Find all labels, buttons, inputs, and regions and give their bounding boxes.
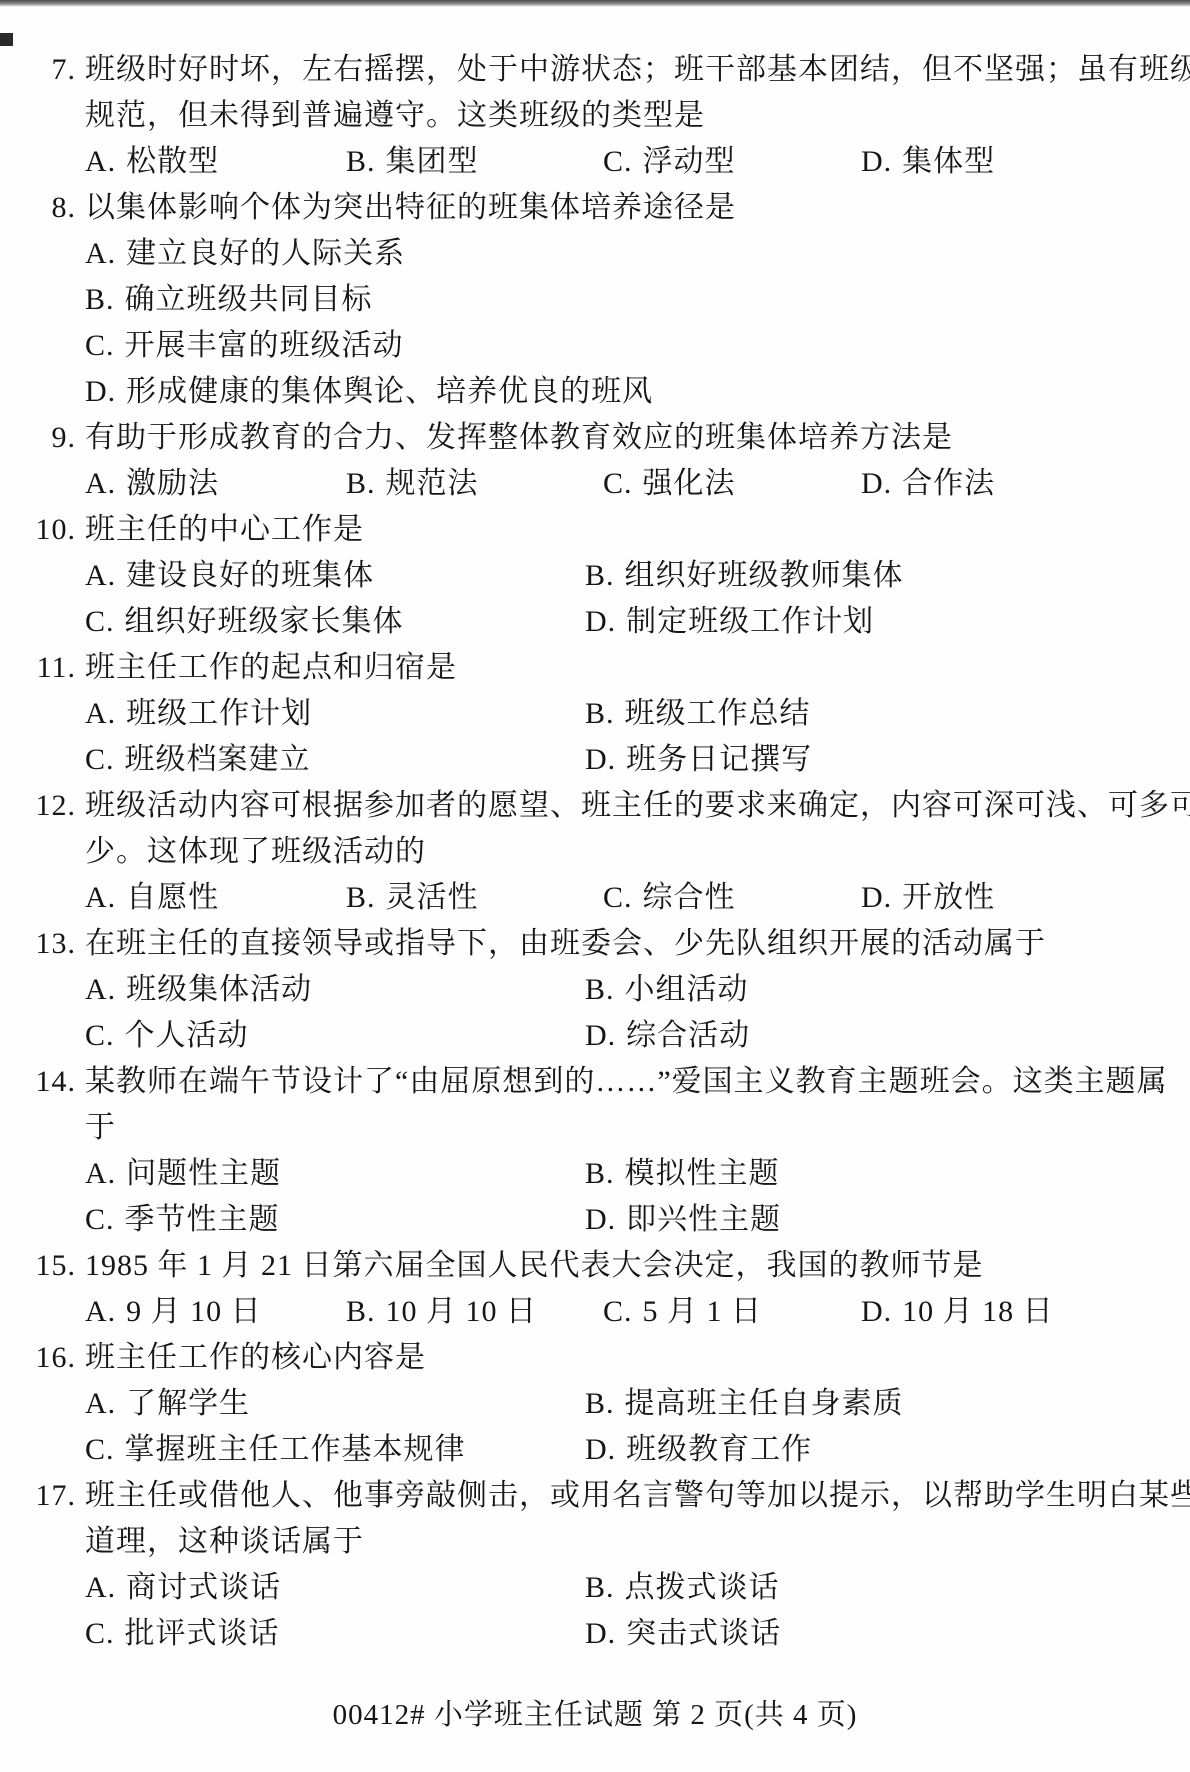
q9-stem-line-1: 有助于形成教育的合力、发挥整体教育效应的班集体培养方法是: [85, 421, 953, 454]
q9-option-b: B.规范法: [346, 461, 603, 507]
q17-option-c: C.批评式谈话: [85, 1611, 585, 1657]
q8-stem-line-1: 以集体影响个体为突出特征的班集体培养途径是: [85, 191, 736, 224]
q16-option-b: B.提高班主任自身素质: [585, 1381, 1125, 1427]
question-11: 11. 班主任工作的起点和归宿是 A.班级工作计划 B.班级工作总结 C.班级档…: [85, 645, 1125, 783]
question-8: 8. 以集体影响个体为突出特征的班集体培养途径是 A.建立良好的人际关系 B.确…: [85, 185, 1125, 415]
q13-option-c: C.个人活动: [85, 1013, 585, 1059]
q9-option-d: D.合作法: [861, 461, 1125, 507]
question-7: 7. 班级时好时坏，左右摇摆，处于中游状态；班干部基本团结，但不坚强；虽有班级 …: [85, 47, 1125, 185]
q12-stem-line-2: 少。这体现了班级活动的: [85, 835, 426, 868]
question-9: 9. 有助于形成教育的合力、发挥整体教育效应的班集体培养方法是 A.激励法 B.…: [85, 415, 1125, 507]
q7-number: 7.: [30, 47, 76, 93]
q14-number: 14.: [30, 1059, 76, 1105]
q11-stem-line-1: 班主任工作的起点和归宿是: [85, 651, 457, 684]
q9-option-a: A.激励法: [85, 461, 346, 507]
q11-number: 11.: [30, 645, 76, 691]
q11-option-b: B.班级工作总结: [585, 691, 1125, 737]
q12-option-c: C.综合性: [603, 875, 861, 921]
q11-option-c: C.班级档案建立: [85, 737, 585, 783]
q11-option-d: D.班务日记撰写: [585, 737, 1125, 783]
q15-option-c: C.5 月 1 日: [603, 1289, 861, 1335]
q17-option-d: D.突击式谈话: [585, 1611, 1125, 1657]
q10-number: 10.: [30, 507, 76, 553]
q14-option-a: A.问题性主题: [85, 1151, 585, 1197]
q15-stem-line-1: 1985 年 1 月 21 日第六届全国人民代表大会决定，我国的教师节是: [85, 1249, 984, 1282]
q8-number: 8.: [30, 185, 76, 231]
q8-option-c: C.开展丰富的班级活动: [85, 323, 1125, 369]
question-16: 16. 班主任工作的核心内容是 A.了解学生 B.提高班主任自身素质 C.掌握班…: [85, 1335, 1125, 1473]
q16-stem-line-1: 班主任工作的核心内容是: [85, 1341, 426, 1374]
exam-page: 7. 班级时好时坏，左右摇摆，处于中游状态；班干部基本团结，但不坚强；虽有班级 …: [0, 0, 1190, 1772]
question-17: 17. 班主任或借他人、他事旁敲侧击，或用名言警句等加以提示，以帮助学生明白某些…: [85, 1473, 1125, 1657]
q8-option-a: A.建立良好的人际关系: [85, 231, 1125, 277]
q14-stem-line-1: 某教师在端午节设计了“由屈原想到的……”爱国主义教育主题班会。这类主题属: [85, 1065, 1168, 1098]
q17-stem-line-2: 道理，这种谈话属于: [85, 1525, 364, 1558]
q15-option-b: B.10 月 10 日: [346, 1289, 603, 1335]
q17-option-a: A.商讨式谈话: [85, 1565, 585, 1611]
q14-stem-line-2: 于: [85, 1111, 116, 1144]
q15-option-d: D.10 月 18 日: [861, 1289, 1125, 1335]
page-footer: 00412# 小学班主任试题 第 2 页(共 4 页): [0, 1692, 1190, 1738]
q16-option-a: A.了解学生: [85, 1381, 585, 1427]
q7-stem-line-2: 规范，但未得到普遍遵守。这类班级的类型是: [85, 99, 705, 132]
q13-option-a: A.班级集体活动: [85, 967, 585, 1013]
q7-option-d: D.集体型: [861, 139, 1125, 185]
question-14: 14. 某教师在端午节设计了“由屈原想到的……”爱国主义教育主题班会。这类主题属…: [85, 1059, 1125, 1243]
q16-option-d: D.班级教育工作: [585, 1427, 1125, 1473]
question-12: 12. 班级活动内容可根据参加者的愿望、班主任的要求来确定，内容可深可浅、可多可…: [85, 783, 1125, 921]
question-15: 15. 1985 年 1 月 21 日第六届全国人民代表大会决定，我国的教师节是…: [85, 1243, 1125, 1335]
q17-option-b: B.点拨式谈话: [585, 1565, 1125, 1611]
q12-number: 12.: [30, 783, 76, 829]
q16-option-c: C.掌握班主任工作基本规律: [85, 1427, 585, 1473]
scan-speck-artifact: [0, 33, 13, 46]
q7-option-c: C.浮动型: [603, 139, 861, 185]
q8-option-d: D.形成健康的集体舆论、培养优良的班风: [85, 369, 1125, 415]
q9-number: 9.: [30, 415, 76, 461]
q15-option-a: A.9 月 10 日: [85, 1289, 346, 1335]
q15-number: 15.: [30, 1243, 76, 1289]
q17-number: 17.: [30, 1473, 76, 1519]
q14-option-b: B.模拟性主题: [585, 1151, 1125, 1197]
q12-stem-line-1: 班级活动内容可根据参加者的愿望、班主任的要求来确定，内容可深可浅、可多可: [85, 789, 1190, 822]
q10-option-d: D.制定班级工作计划: [585, 599, 1125, 645]
q12-option-b: B.灵活性: [346, 875, 603, 921]
q13-option-b: B.小组活动: [585, 967, 1125, 1013]
q7-option-a: A.松散型: [85, 139, 346, 185]
q12-option-d: D.开放性: [861, 875, 1125, 921]
q14-option-d: D.即兴性主题: [585, 1197, 1125, 1243]
q14-option-c: C.季节性主题: [85, 1197, 585, 1243]
q7-option-b: B.集团型: [346, 139, 603, 185]
q8-option-b: B.确立班级共同目标: [85, 277, 1125, 323]
question-list: 7. 班级时好时坏，左右摇摆，处于中游状态；班干部基本团结，但不坚强；虽有班级 …: [85, 47, 1125, 1657]
q9-option-c: C.强化法: [603, 461, 861, 507]
q13-number: 13.: [30, 921, 76, 967]
q10-stem-line-1: 班主任的中心工作是: [85, 513, 364, 546]
question-13: 13. 在班主任的直接领导或指导下，由班委会、少先队组织开展的活动属于 A.班级…: [85, 921, 1125, 1059]
q10-option-b: B.组织好班级教师集体: [585, 553, 1125, 599]
q13-stem-line-1: 在班主任的直接领导或指导下，由班委会、少先队组织开展的活动属于: [85, 927, 1046, 960]
q10-option-a: A.建设良好的班集体: [85, 553, 585, 599]
question-10: 10. 班主任的中心工作是 A.建设良好的班集体 B.组织好班级教师集体 C.组…: [85, 507, 1125, 645]
q16-number: 16.: [30, 1335, 76, 1381]
q17-stem-line-1: 班主任或借他人、他事旁敲侧击，或用名言警句等加以提示，以帮助学生明白某些: [85, 1479, 1190, 1512]
q13-option-d: D.综合活动: [585, 1013, 1125, 1059]
q10-option-c: C.组织好班级家长集体: [85, 599, 585, 645]
q12-option-a: A.自愿性: [85, 875, 346, 921]
scan-edge-artifact: [0, 0, 1190, 7]
q11-option-a: A.班级工作计划: [85, 691, 585, 737]
q7-stem-line-1: 班级时好时坏，左右摇摆，处于中游状态；班干部基本团结，但不坚强；虽有班级: [85, 53, 1190, 86]
